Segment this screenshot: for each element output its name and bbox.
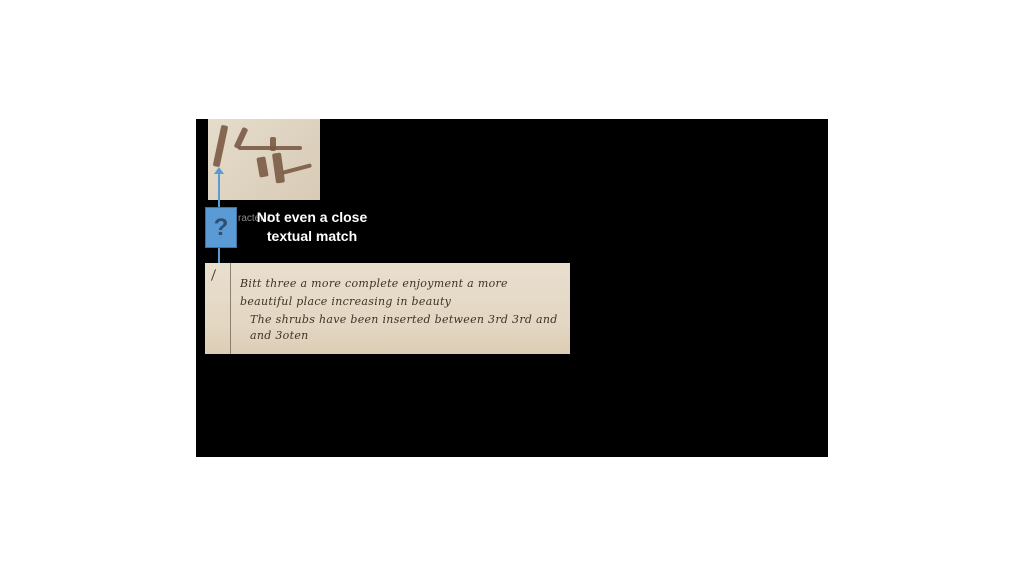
arrow-up-icon — [214, 167, 224, 174]
manuscript-crop-image: Bitt three a more complete enjoyment a m… — [205, 263, 570, 354]
question-mark-icon: ? — [205, 207, 237, 248]
manuscript-line: and 3oten — [250, 329, 309, 342]
manuscript-line: The shrubs have been inserted between 3r… — [250, 313, 558, 326]
margin-tick — [211, 269, 216, 281]
character-crop-image — [208, 119, 320, 200]
margin-line — [230, 263, 231, 354]
caption-line-1: Not even a close — [252, 208, 372, 227]
manuscript-line: beautiful place increasing in beauty — [240, 295, 451, 308]
slide-canvas: racter 1 ? Not even a close textual matc… — [196, 119, 828, 457]
manuscript-line: Bitt three a more complete enjoyment a m… — [240, 277, 508, 290]
caption-line-2: textual match — [252, 227, 372, 246]
caption-text: Not even a close textual match — [252, 208, 372, 246]
